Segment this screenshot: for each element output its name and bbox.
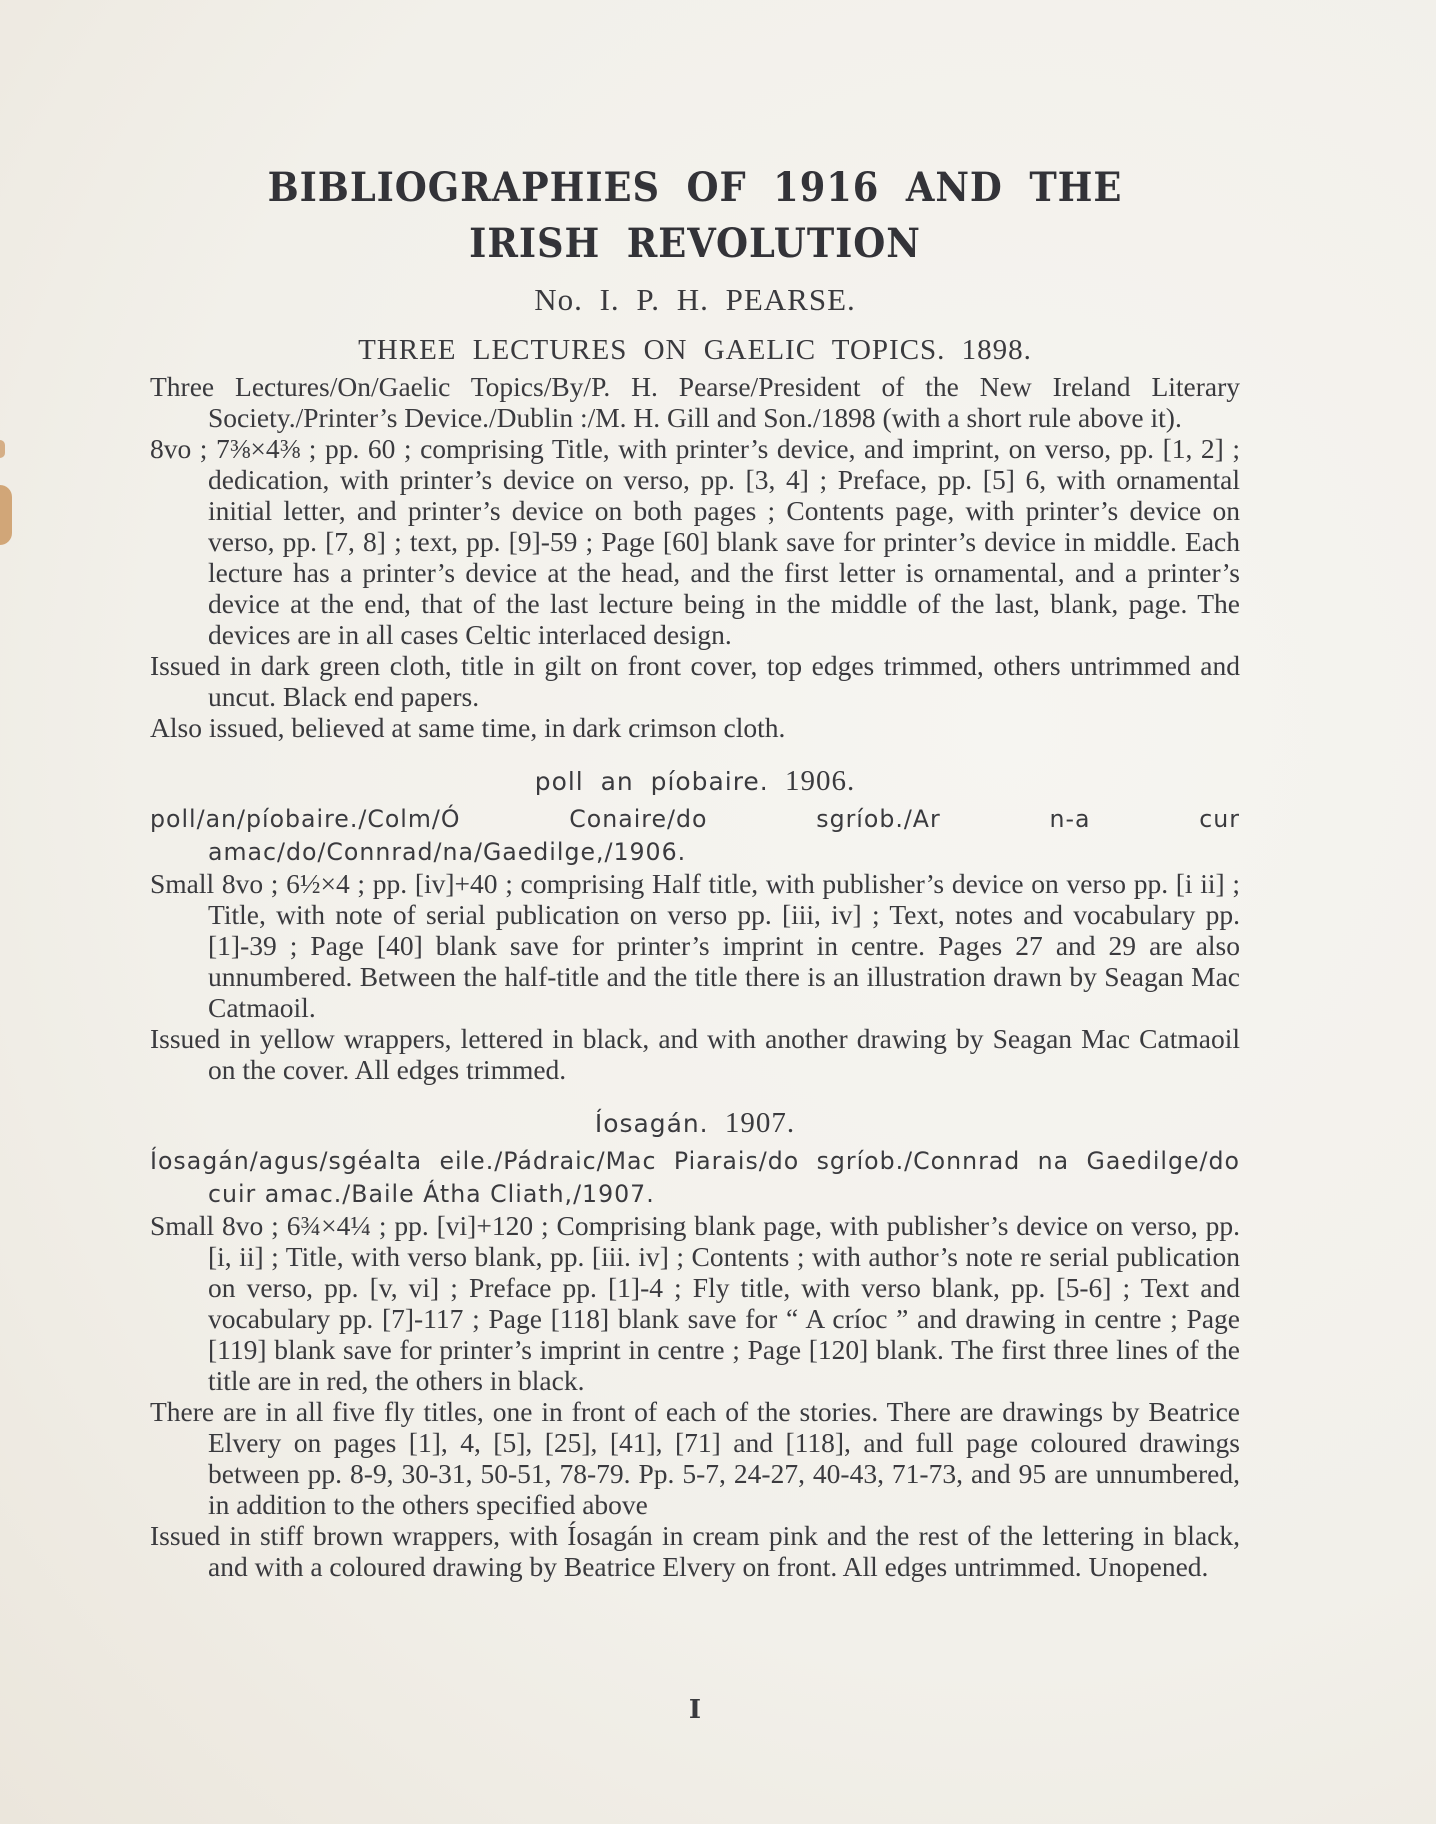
year: 1906.	[785, 765, 855, 797]
paper-stain	[0, 440, 5, 458]
paper-stain	[0, 485, 12, 545]
title-line-1: BIBLIOGRAPHIES OF 1916 AND THE	[268, 164, 1123, 211]
year: 1907.	[725, 1107, 795, 1139]
subtitle: No. I. P. H. PEARSE.	[150, 282, 1240, 318]
entry-paragraph: Small 8vo ; 6¾×4¼ ; pp. [vi]+120 ; Compr…	[150, 1210, 1240, 1396]
section-heading: Íosagán. 1907.	[150, 1107, 1240, 1140]
entry-paragraph: Issued in stiff brown wrappers, with Íos…	[150, 1520, 1240, 1582]
page-number: I	[150, 1695, 1240, 1725]
gaelic-title: poll an píobaire.	[535, 767, 769, 796]
entry-paragraph: Three Lectures/On/Gaelic Topics/By/P. H.…	[150, 371, 1240, 433]
entry-paragraph: Also issued, believed at same time, in d…	[150, 712, 1240, 743]
section-heading: poll an píobaire. 1906.	[150, 765, 1240, 798]
entry-paragraph: There are in all five fly titles, one in…	[150, 1396, 1240, 1520]
entry-paragraph: 8vo ; 7⅜×4⅜ ; pp. 60 ; comprising Title,…	[150, 433, 1240, 650]
title-line-2: IRISH REVOLUTION	[469, 220, 921, 267]
entry-paragraph: Small 8vo ; 6½×4 ; pp. [iv]+40 ; compris…	[150, 868, 1240, 1023]
page-title: BIBLIOGRAPHIES OF 1916 AND THE IRISH REV…	[194, 160, 1197, 272]
gaelic-title: Íosagán.	[595, 1109, 709, 1138]
entry-paragraph: poll/an/píobaire./Colm/Ó Conaire/do sgrí…	[150, 802, 1240, 868]
entry-paragraph: Íosagán/agus/sgéalta eile./Pádraic/Mac P…	[150, 1144, 1240, 1210]
entry-paragraph: Issued in dark green cloth, title in gil…	[150, 650, 1240, 712]
document-page: BIBLIOGRAPHIES OF 1916 AND THE IRISH REV…	[150, 160, 1240, 1582]
entry-paragraph: Issued in yellow wrappers, lettered in b…	[150, 1023, 1240, 1085]
section-heading: THREE LECTURES ON GAELIC TOPICS. 1898.	[150, 334, 1240, 367]
